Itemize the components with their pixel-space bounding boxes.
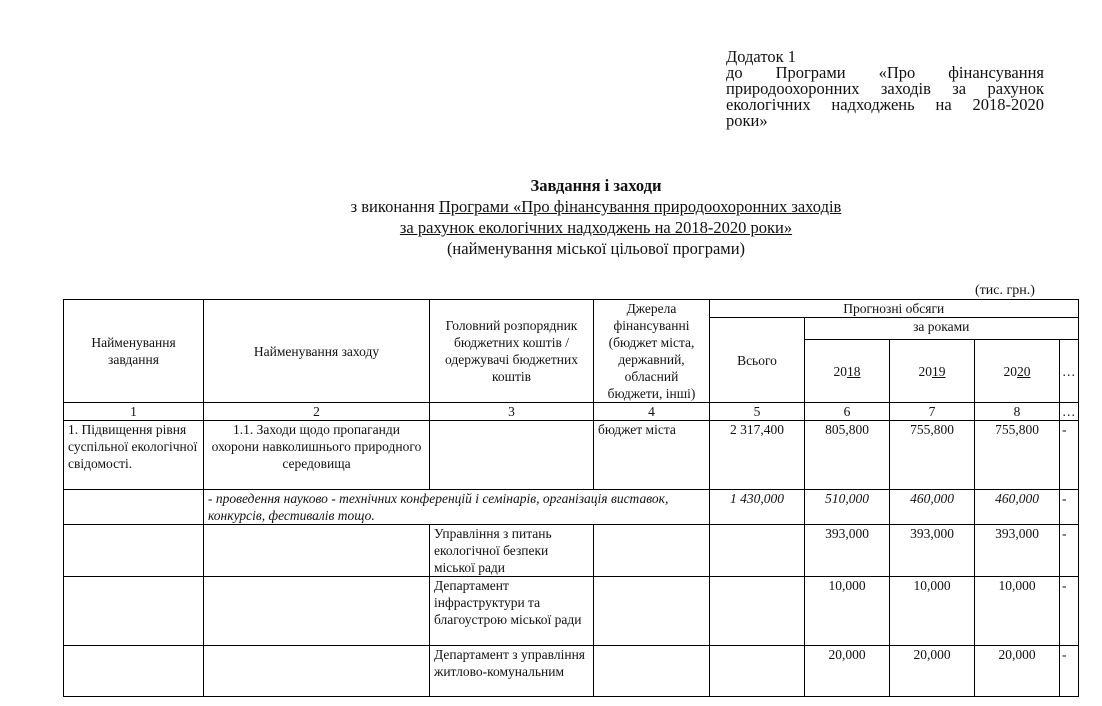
year-2018-cell: 10,000 bbox=[805, 577, 890, 646]
table-row: Департамент інфраструктури та благоустро… bbox=[64, 577, 1079, 646]
year-2020-cell: 20,000 bbox=[975, 646, 1060, 697]
column-number: 4 bbox=[594, 403, 710, 421]
measure-cell bbox=[204, 577, 430, 646]
year-2020-cell: 10,000 bbox=[975, 577, 1060, 646]
header-total: Всього bbox=[710, 318, 805, 403]
task-cell: 1. Підвищення рівня суспільної екологічн… bbox=[64, 421, 204, 490]
total-cell: 1 430,000 bbox=[710, 490, 805, 525]
title-caption: (найменування міської цільової програми) bbox=[90, 238, 1102, 259]
tasks-table: Найменування завдання Найменування заход… bbox=[63, 299, 1079, 697]
extra-cell: - bbox=[1060, 490, 1079, 525]
total-cell bbox=[710, 525, 805, 577]
manager-cell: Управління з питань екологічної безпеки … bbox=[430, 525, 594, 577]
title-prefix: з виконання bbox=[351, 197, 439, 216]
header-task-name: Найменування завдання bbox=[64, 300, 204, 403]
year-prefix: 20 bbox=[919, 364, 933, 379]
header-sources: Джерела фінансуванні (бюджет міста, держ… bbox=[594, 300, 710, 403]
manager-cell: Департамент інфраструктури та благоустро… bbox=[430, 577, 594, 646]
task-cell bbox=[64, 525, 204, 577]
extra-cell: - bbox=[1060, 421, 1079, 490]
extra-cell: - bbox=[1060, 577, 1079, 646]
source-cell bbox=[594, 577, 710, 646]
year-2020-cell: 755,800 bbox=[975, 421, 1060, 490]
program-name-part2: за рахунок екологічних надходжень на 201… bbox=[400, 218, 792, 237]
year-2018-cell: 510,000 bbox=[805, 490, 890, 525]
manager-cell: Департамент з управління житлово-комунал… bbox=[430, 646, 594, 697]
year-suffix: 18 bbox=[847, 364, 861, 379]
header-extra: … bbox=[1060, 340, 1079, 403]
page-title: Завдання і заходи bbox=[90, 175, 1102, 196]
units-label: (тис. грн.) bbox=[975, 283, 1035, 299]
source-cell bbox=[594, 646, 710, 697]
year-2018-cell: 20,000 bbox=[805, 646, 890, 697]
extra-cell: - bbox=[1060, 646, 1079, 697]
program-name-part1: Програми «Про фінансування природоохорон… bbox=[439, 197, 842, 216]
year-2019-cell: 10,000 bbox=[890, 577, 975, 646]
header-year-2019: 2019 bbox=[890, 340, 975, 403]
table-row: Управління з питань екологічної безпеки … bbox=[64, 525, 1079, 577]
task-cell bbox=[64, 490, 204, 525]
appendix-line: екологічних надходжень на 2018-2020 bbox=[726, 97, 1044, 113]
year-suffix: 19 bbox=[932, 364, 946, 379]
header-by-years: за роками bbox=[805, 318, 1079, 340]
year-prefix: 20 bbox=[1004, 364, 1018, 379]
document-title: Завдання і заходи з виконання Програми «… bbox=[0, 175, 1102, 259]
year-2020-cell: 393,000 bbox=[975, 525, 1060, 577]
year-2019-cell: 460,000 bbox=[890, 490, 975, 525]
header-year-2018: 2018 bbox=[805, 340, 890, 403]
year-2019-cell: 755,800 bbox=[890, 421, 975, 490]
table-row: Департамент з управління житлово-комунал… bbox=[64, 646, 1079, 697]
measure-cell bbox=[204, 646, 430, 697]
total-cell bbox=[710, 646, 805, 697]
task-cell bbox=[64, 646, 204, 697]
year-suffix: 20 bbox=[1017, 364, 1031, 379]
program-line-2: за рахунок екологічних надходжень на 201… bbox=[90, 217, 1102, 238]
column-number: 5 bbox=[710, 403, 805, 421]
column-number: 3 bbox=[430, 403, 594, 421]
year-prefix: 20 bbox=[834, 364, 848, 379]
column-number: 2 bbox=[204, 403, 430, 421]
year-2018-cell: 805,800 bbox=[805, 421, 890, 490]
appendix-note: Додаток 1 до Програми «Про фінансування … bbox=[726, 49, 1044, 129]
header-measure-name: Найменування заходу bbox=[204, 300, 430, 403]
measure-cell bbox=[204, 525, 430, 577]
header-row: Найменування завдання Найменування заход… bbox=[64, 300, 1079, 318]
column-number: 1 bbox=[64, 403, 204, 421]
table-row: 1. Підвищення рівня суспільної екологічн… bbox=[64, 421, 1079, 490]
column-number: 7 bbox=[890, 403, 975, 421]
column-number: 6 bbox=[805, 403, 890, 421]
program-line-1: з виконання Програми «Про фінансування п… bbox=[90, 196, 1102, 217]
manager-cell bbox=[430, 421, 594, 490]
header-forecast: Прогнозні обсяги bbox=[710, 300, 1079, 318]
year-2019-cell: 393,000 bbox=[890, 525, 975, 577]
extra-cell: - bbox=[1060, 525, 1079, 577]
source-cell: бюджет міста bbox=[594, 421, 710, 490]
year-2019-cell: 20,000 bbox=[890, 646, 975, 697]
header-year-2020: 2020 bbox=[975, 340, 1060, 403]
column-number: … bbox=[1060, 403, 1079, 421]
column-numbers-row: 1 2 3 4 5 6 7 8 … bbox=[64, 403, 1079, 421]
total-cell: 2 317,400 bbox=[710, 421, 805, 490]
table-row: - проведення науково - технічних конфере… bbox=[64, 490, 1079, 525]
header-manager: Головний розпорядник бюджетних коштів / … bbox=[430, 300, 594, 403]
total-cell bbox=[710, 577, 805, 646]
measure-cell: 1.1. Заходи щодо пропаганди охорони навк… bbox=[204, 421, 430, 490]
task-cell bbox=[64, 577, 204, 646]
measure-detail-cell: - проведення науково - технічних конфере… bbox=[204, 490, 710, 525]
year-2020-cell: 460,000 bbox=[975, 490, 1060, 525]
column-number: 8 bbox=[975, 403, 1060, 421]
year-2018-cell: 393,000 bbox=[805, 525, 890, 577]
appendix-line: роки» bbox=[726, 113, 1044, 129]
source-cell bbox=[594, 525, 710, 577]
